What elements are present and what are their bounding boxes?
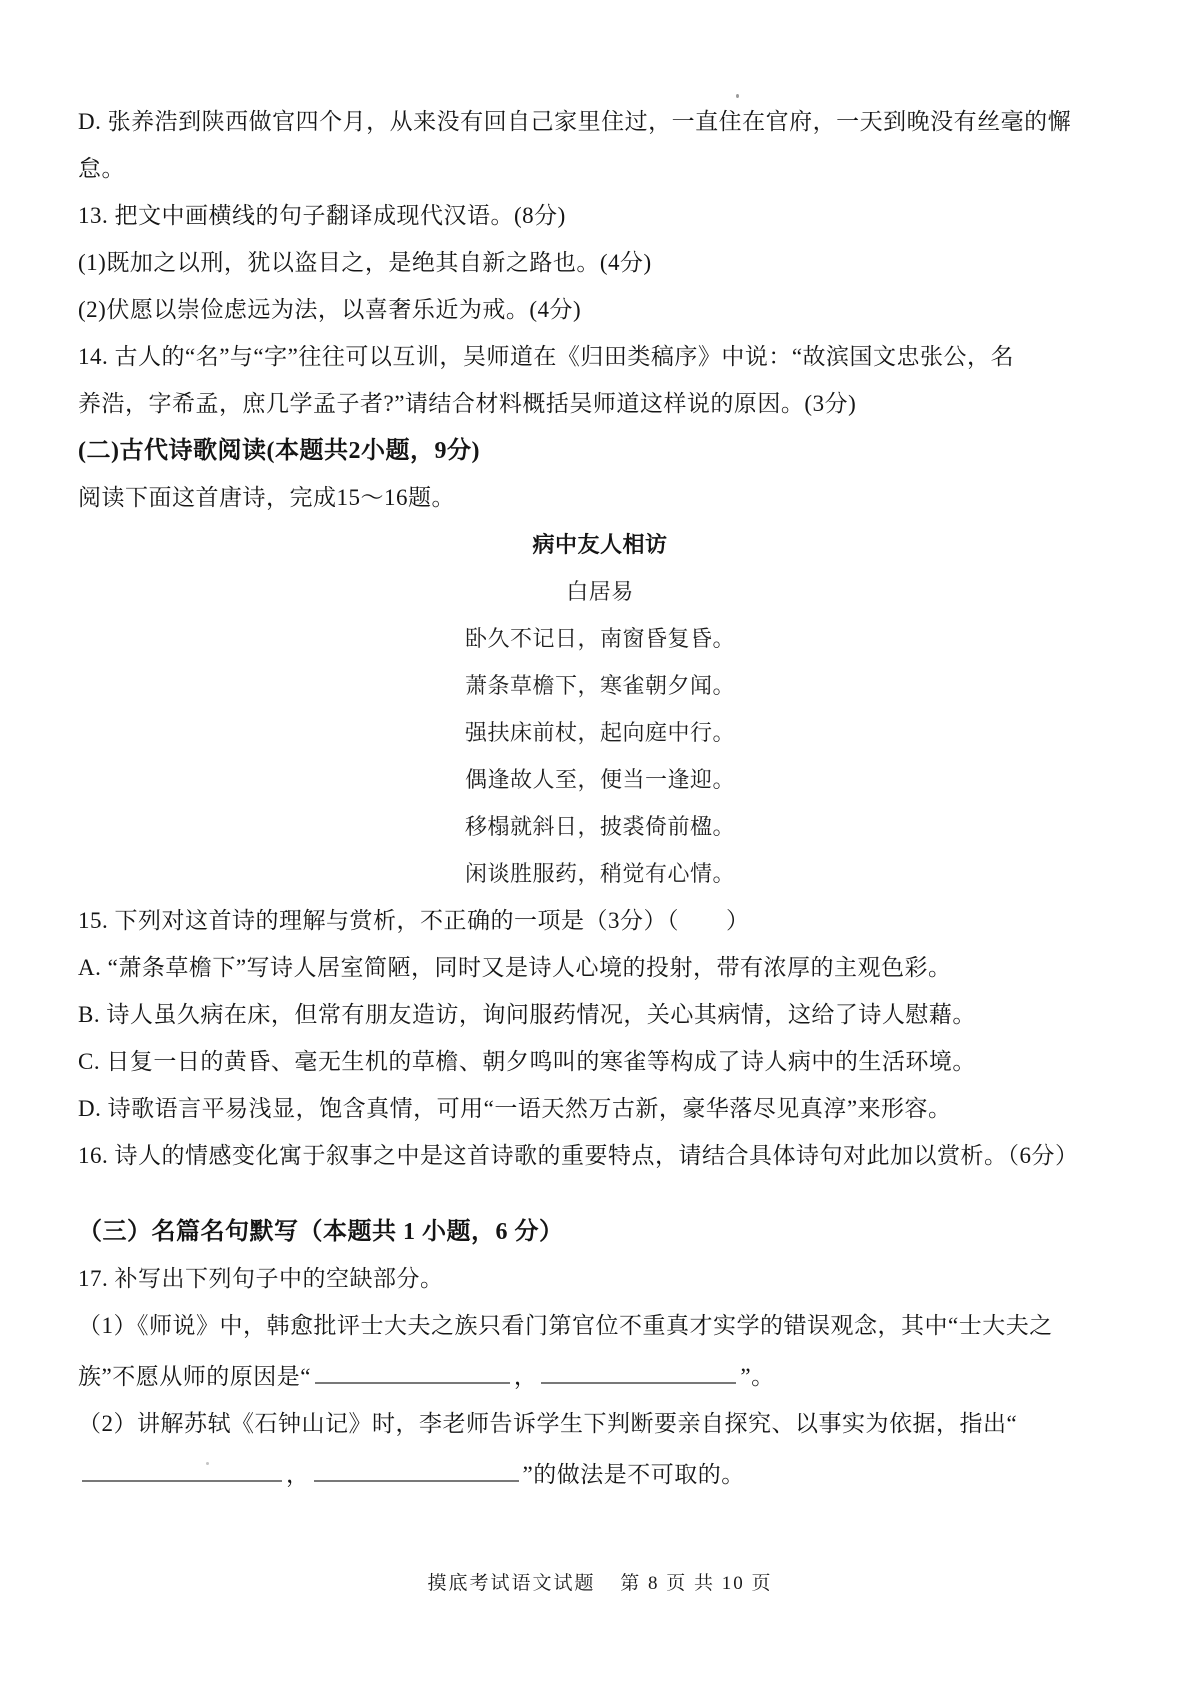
answer-blank-underline (314, 1457, 519, 1482)
text-line: （1）《师说》中，韩愈批评士大夫之族只看门第官位不重真才实学的错误观念，其中“士… (78, 1312, 1122, 1340)
text-line: D. 诗歌语言平易浅显，饱含真情，可用“一语天然万古新，豪华落尽见真淳”来形容。 (78, 1095, 1122, 1123)
poem-author: 白居易 (78, 578, 1122, 606)
fill-in-blank-line: ，”的做法是不可取的。 (78, 1457, 1122, 1489)
poem-line: 萧条草檐下，寒雀朝夕闻。 (78, 672, 1122, 700)
scan-artifact-dot (736, 94, 739, 98)
page-footer: 摸底考试语文试题 第 8 页 共 10 页 (0, 1568, 1200, 1595)
text-line: (2)伏愿以崇俭虑远为法，以喜奢乐近为戒。(4分) (78, 296, 1122, 324)
text-segment: 族”不愿从师的原因是“ (78, 1364, 311, 1389)
text-line: C. 日复一日的黄昏、毫无生机的草檐、朝夕鸣叫的寒雀等构成了诗人病中的生活环境。 (78, 1048, 1122, 1076)
text-line: 阅读下面这首唐诗，完成15～16题。 (78, 484, 1122, 512)
text-segment: ， (286, 1462, 310, 1487)
poem-title: 病中友人相访 (78, 531, 1122, 559)
poem-line: 强扶床前杖，起向庭中行。 (78, 719, 1122, 747)
text-segment: ”的做法是不可取的。 (523, 1462, 745, 1487)
text-line: (1)既加之以刑，犹以盗目之，是绝其自新之路也。(4分) (78, 249, 1122, 277)
answer-blank-underline (82, 1457, 282, 1482)
text-segment: ， (514, 1364, 538, 1389)
poem-line: 移榻就斜日，披裘倚前楹。 (78, 813, 1122, 841)
text-line: 16. 诗人的情感变化寓于叙事之中是这首诗歌的重要特点，请结合具体诗句对此加以赏… (78, 1142, 1122, 1170)
text-line: （2）讲解苏轼《石钟山记》时，李老师告诉学生下判断要亲自探究、以事实为依据，指出… (78, 1410, 1122, 1438)
text-line: 养浩，字希孟，庶几学孟子者?”请结合材料概括吴师道这样说的原因。(3分) (78, 390, 1122, 418)
text-line: 怠。 (78, 155, 1122, 183)
text-line: D. 张养浩到陕西做官四个月，从来没有回自己家里住过，一直住在官府，一天到晚没有… (78, 108, 1122, 136)
section-heading: （三）名篇名句默写（本题共 1 小题，6 分） (78, 1218, 1122, 1246)
section-heading: (二)古代诗歌阅读(本题共2小题，9分) (78, 437, 1122, 465)
answer-blank-underline (315, 1359, 510, 1384)
poem-line: 闲谈胜服药，稍觉有心情。 (78, 860, 1122, 888)
text-line: 13. 把文中画横线的句子翻译成现代汉语。(8分) (78, 202, 1122, 230)
footer-page-number: 第 8 页 共 10 页 (620, 1573, 772, 1594)
text-line: B. 诗人虽久病在床，但常有朋友造访，询问服药情况，关心其病情，这给了诗人慰藉。 (78, 1001, 1122, 1029)
exam-page: D. 张养浩到陕西做官四个月，从来没有回自己家里住过，一直住在官府，一天到晚没有… (0, 0, 1200, 1698)
poem-line: 偶逢故人至，便当一逢迎。 (78, 766, 1122, 794)
fill-in-blank-line: 族”不愿从师的原因是“，”。 (78, 1359, 1122, 1391)
exam-content: D. 张养浩到陕西做官四个月，从来没有回自己家里住过，一直住在官府，一天到晚没有… (0, 0, 1200, 1489)
text-segment: ”。 (740, 1364, 774, 1389)
text-line: A. “萧条草檐下”写诗人居室简陋，同时又是诗人心境的投射，带有浓厚的主观色彩。 (78, 954, 1122, 982)
text-line: 14. 古人的“名”与“字”往往可以互训，吴师道在《归田类稿序》中说：“故滨国文… (78, 343, 1122, 371)
answer-blank-underline (541, 1359, 736, 1384)
footer-doc-title: 摸底考试语文试题 (427, 1573, 595, 1594)
text-line: 17. 补写出下列句子中的空缺部分。 (78, 1265, 1122, 1293)
text-line: 15. 下列对这首诗的理解与赏析，不正确的一项是（3分）（ ） (78, 907, 1122, 935)
scan-artifact-dot (206, 1462, 209, 1465)
poem-line: 卧久不记日，南窗昏复昏。 (78, 625, 1122, 653)
